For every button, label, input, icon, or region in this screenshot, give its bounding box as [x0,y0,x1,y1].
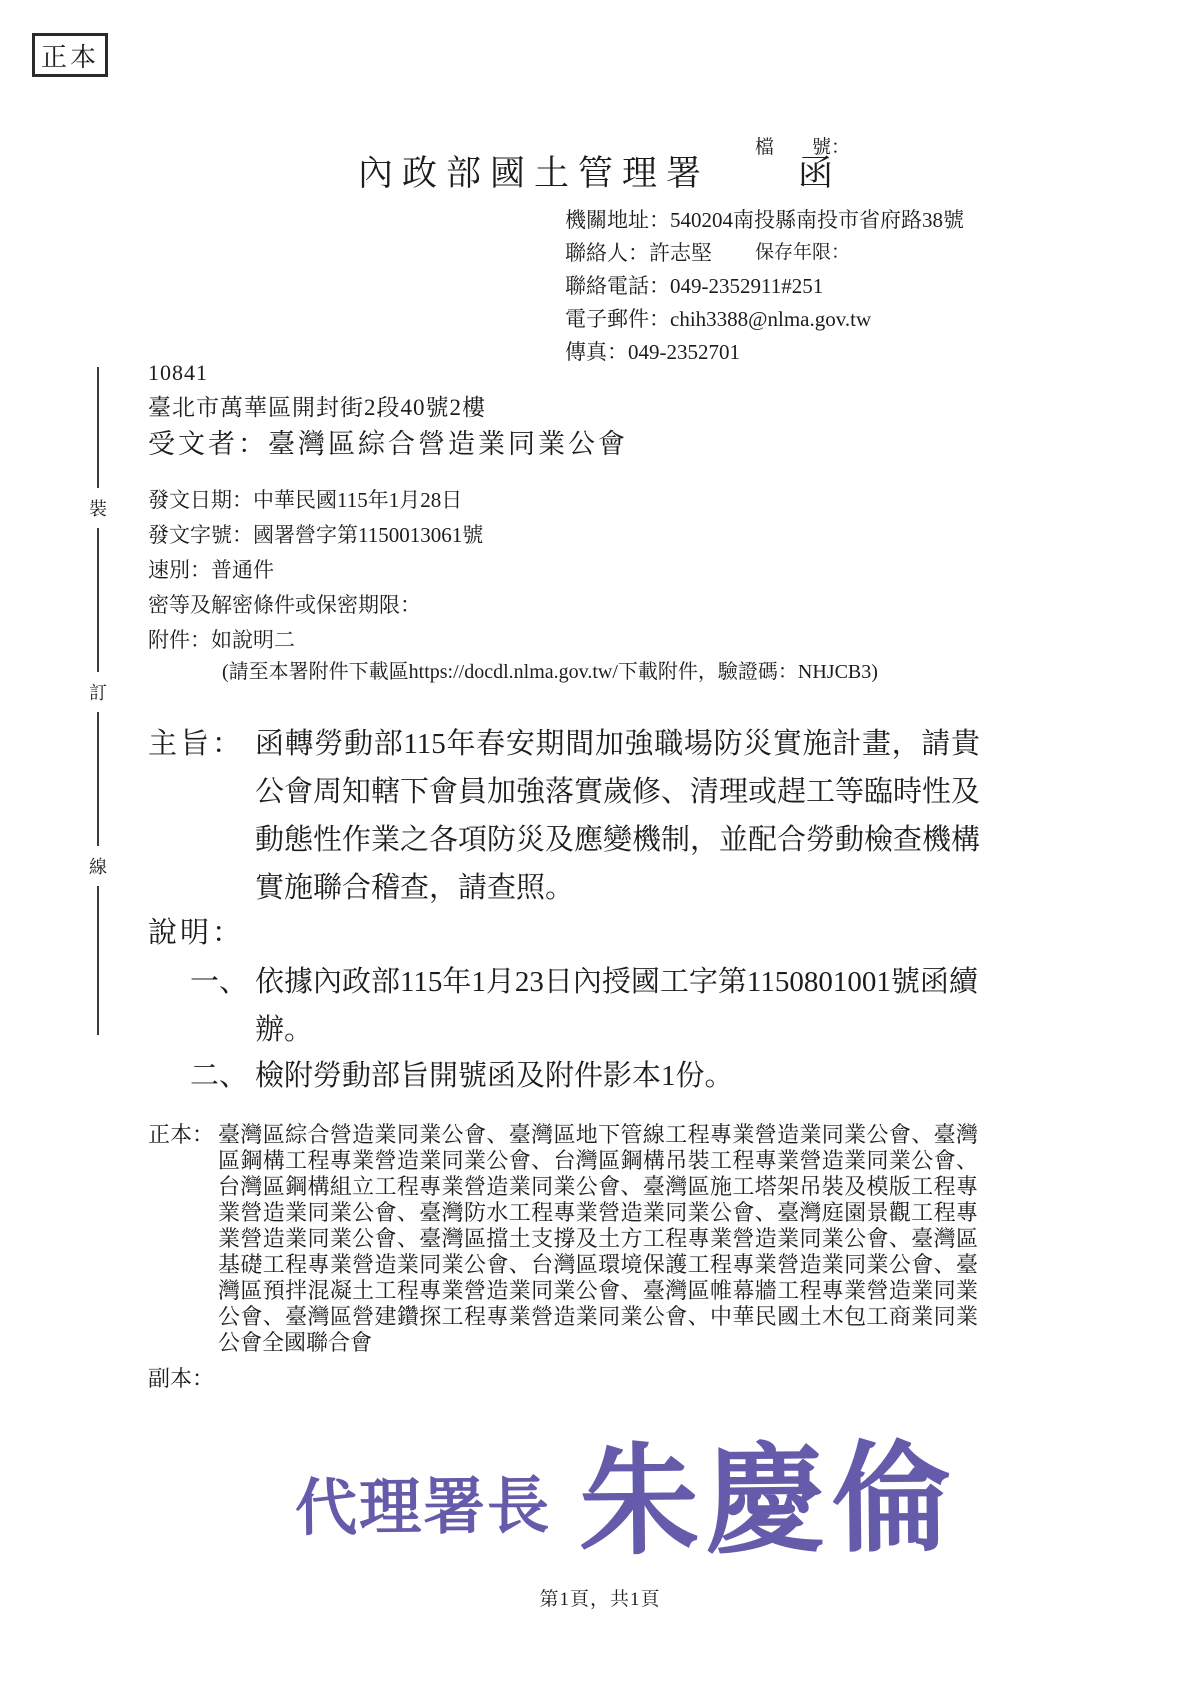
copy-type-label: 正本 [41,37,99,74]
official-letter-page: 正本 檔 號： 保存年限： 內政部國土管理署 函 機關地址：540204南投縣南… [0,0,1200,1697]
recipient-name: 臺灣區綜合營造業同業公會 [268,429,628,459]
description-item-2-no: 二、 [190,1052,255,1100]
recipient-zip: 10841 [148,360,208,386]
sender-email-value: chih3388@nlma.gov.tw [670,307,871,331]
sender-address-label: 機關地址： [565,208,670,232]
subject-text: 函轉勞動部115年春安期間加強職場防災實施計畫，請貴公會周知轄下會員加強落實歲修… [255,720,980,912]
description-item-2: 二、 檢附勞動部旨開號函及附件影本1份。 [190,1052,982,1100]
sender-phone-label: 聯絡電話： [565,274,670,298]
recipient-address: 臺北市萬華區開封街2段40號2樓 [148,389,486,422]
subject-label: 主旨： [148,720,255,768]
signature-name: 朱慶倫 [578,1403,958,1579]
attachment-value: 如說明二 [211,628,295,652]
doc-number-value: 國署營字第1150013061號 [253,523,483,547]
doc-number-row: 發文字號：國署營字第1150013061號 [148,518,483,553]
sender-email-row: 電子郵件：chih3388@nlma.gov.tw [565,303,964,336]
priority-value: 普通件 [211,558,274,582]
binding-mark-xian: 線 [86,846,110,886]
sender-address-value: 540204南投縣南投市省府路38號 [670,208,964,232]
sender-phone-row: 聯絡電話：049-2352911#251 [565,270,964,303]
attachment-row: 附件：如說明二 [148,623,483,658]
sender-contact-block: 機關地址：540204南投縣南投市省府路38號 聯絡人：許志堅 聯絡電話：049… [565,204,964,369]
distribution-cc-label: 副本： [148,1362,214,1393]
subject-section: 主旨： 函轉勞動部115年春安期間加強職場防災實施計畫，請貴公會周知轄下會員加強… [148,720,980,912]
copy-type-stamp: 正本 [32,33,108,77]
issue-date-label: 發文日期： [148,488,253,512]
issue-date-row: 發文日期：中華民國115年1月28日 [148,483,483,518]
distribution-original-label: 正本： [148,1122,218,1148]
recipient-line: 受文者：臺灣區綜合營造業同業公會 [148,422,628,461]
description-label: 說明： [148,910,244,951]
doc-number-label: 發文字號： [148,523,253,547]
sender-contact-person-row: 聯絡人：許志堅 [565,237,964,270]
priority-row: 速別：普通件 [148,553,483,588]
description-item-1-no: 一、 [190,958,255,1006]
binding-mark-zhuang: 裝 [86,488,110,528]
issue-date-value: 中華民國115年1月28日 [253,488,462,512]
sender-fax-label: 傳真： [565,340,628,364]
sender-contact-person-value: 許志堅 [649,241,712,265]
attachment-download-note: (請至本署附件下載區https://docdl.nlma.gov.tw/下載附件… [222,655,878,684]
distribution-original: 正本： 臺灣區綜合營造業同業公會、臺灣區地下管線工程專業營造業同業公會、臺灣區鋼… [148,1122,978,1356]
sender-fax-value: 049-2352701 [628,340,740,364]
attachment-label: 附件： [148,628,211,652]
signature-title: 代理署長 [295,1455,552,1547]
sender-phone-value: 049-2352911#251 [670,274,823,298]
page-footer: 第1頁，共1頁 [0,1584,1200,1611]
binding-mark-ding: 訂 [86,672,110,712]
description-item-2-text: 檢附勞動部旨開號函及附件影本1份。 [255,1052,982,1100]
sender-contact-person-label: 聯絡人： [565,241,649,265]
priority-label: 速別： [148,558,211,582]
classification-row: 密等及解密條件或保密期限： [148,588,483,623]
document-meta-block: 發文日期：中華民國115年1月28日 發文字號：國署營字第1150013061號… [148,483,483,658]
document-title: 內政部國土管理署 函 [0,146,1200,196]
classification-label: 密等及解密條件或保密期限： [148,593,421,617]
description-item-1-text: 依據內政部115年1月23日內授國工字第1150801001號函續辦。 [255,958,982,1054]
sender-fax-row: 傳真：049-2352701 [565,336,964,369]
distribution-original-list: 臺灣區綜合營造業同業公會、臺灣區地下管線工程專業營造業同業公會、臺灣區鋼構工程專… [218,1122,978,1356]
description-item-1: 一、 依據內政部115年1月23日內授國工字第1150801001號函續辦。 [190,958,982,1054]
signature-stamp: 代理署長 朱慶倫 [294,1417,958,1582]
sender-address-row: 機關地址：540204南投縣南投市省府路38號 [565,204,964,237]
recipient-label: 受文者： [148,429,268,459]
sender-email-label: 電子郵件： [565,307,670,331]
